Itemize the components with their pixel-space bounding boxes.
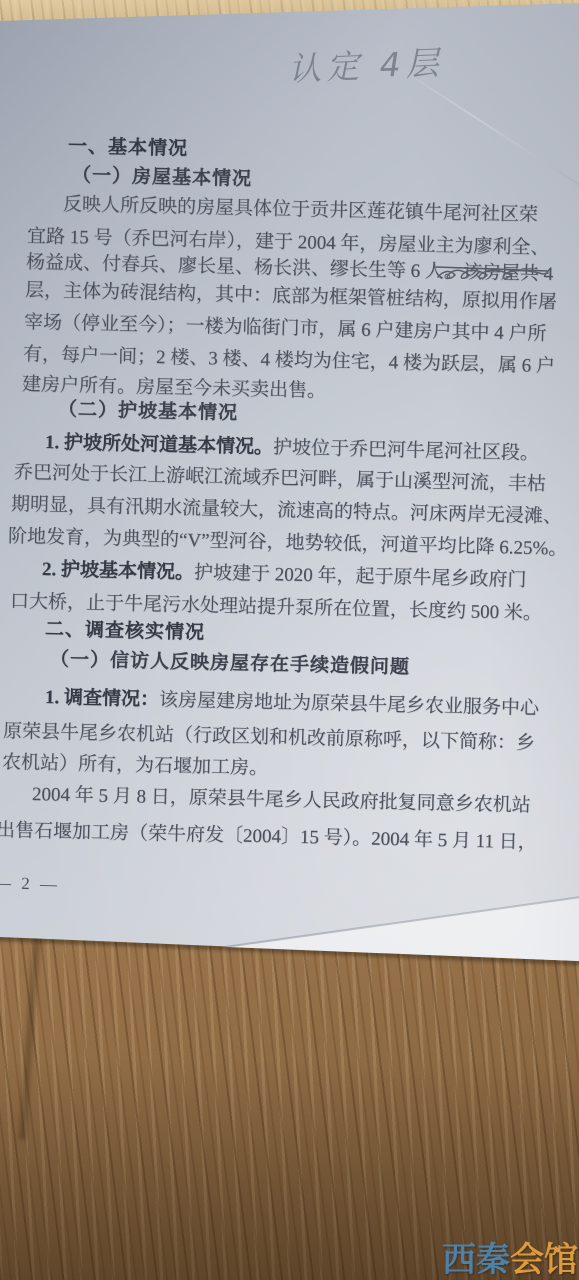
sub-heading: （一）房屋基本情况 — [72, 165, 252, 191]
paragraph-label: 2. 护坡基本情况。 — [42, 559, 194, 583]
section-heading-1: 一、基本情况 — [68, 136, 188, 161]
section-heading-2: 二、调查核实情况 — [45, 619, 205, 645]
paragraph-label: 1. 调查情况： — [45, 687, 159, 711]
photo-watermark: 西秦会馆 — [442, 1232, 578, 1280]
sub-heading: （二）护坡基本情况 — [58, 399, 238, 425]
paragraph-label: 1. 护坡所处河道基本情况。 — [45, 432, 273, 458]
handwritten-emphasis-scribble — [430, 262, 558, 288]
page-number: — 2 — — [0, 873, 60, 895]
handwritten-note: 认定 4层 — [287, 36, 459, 90]
watermark-text-blue: 西秦 — [442, 1241, 510, 1279]
watermark-text-orange: 会馆 — [510, 1241, 578, 1279]
photo-of-document: 认定 4层 一、基本情况 （一）房屋基本情况 反映人所反映的房屋具体位于贡井区莲… — [0, 0, 579, 1280]
